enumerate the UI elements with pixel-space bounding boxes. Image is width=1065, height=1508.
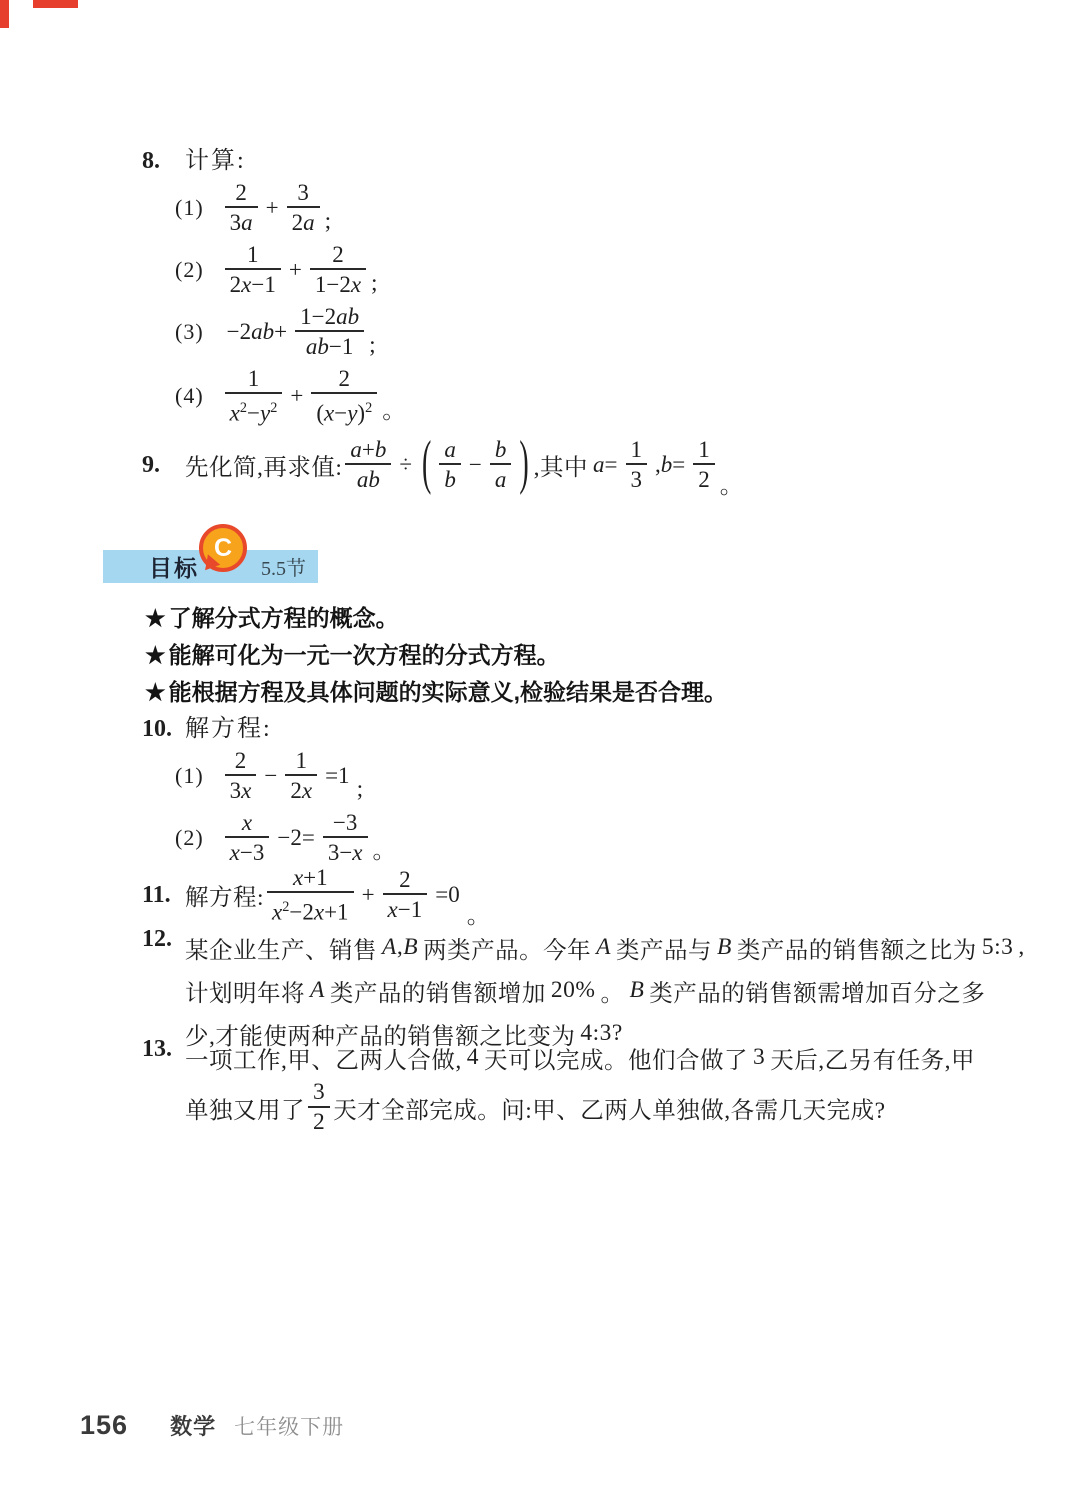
fraction-numerator: x+1 [267,864,354,891]
level-c-letter: C [214,534,232,563]
objective-text: 能根据方程及具体问题的实际意义,检验结果是否合理。 [169,674,727,711]
part-label: (2) [175,257,204,283]
fraction: 1x2−y2 [225,365,283,428]
text-run: ; [357,778,364,802]
fraction-denominator: 2x [285,774,317,805]
objective-text: 了解分式方程的概念。 [169,600,399,637]
problem-title: 解方程: [185,708,272,743]
math-expression: + [289,257,302,283]
fraction-numerator: 1 [225,365,283,392]
problem-11: 11.解方程:x+1x2−2x+1+2x−1=0。 [142,858,491,932]
problem-number: 10. [142,716,185,743]
math-expression: 3 [753,1044,765,1071]
fraction-denominator: 1−2x [310,268,366,299]
star-bullet-icon: ★ [145,600,166,637]
fraction-denominator: x2−2x+1 [267,891,354,927]
math-expression: + [362,882,375,908]
math-expression: 5:3 [982,934,1014,961]
text-run: , [1018,934,1024,961]
math-expression: − [469,452,482,478]
part-label: (2) [175,825,204,851]
text-run: 天可以完成。他们合做了 [484,1041,748,1075]
math-expression: + [266,195,279,221]
level-c-bubble-icon: C [199,524,247,572]
fraction-denominator: 2x−1 [225,268,281,299]
text-line: 一项工作,甲、乙两人合做,4天可以完成。他们合做了3天后,乙另有任务,甲 [185,1036,975,1079]
part-label: (1) [175,195,204,221]
problem-heading: 10.解方程: [142,708,397,743]
text-run: 类产品的销售额增加 [330,974,546,1008]
math-expression: ,b= [655,452,685,478]
formula-line: (2)12x−1+21−2x; [175,241,406,299]
fraction-denominator: 2 [693,463,715,494]
objective-item: ★能根据方程及具体问题的实际意义,检验结果是否合理。 [145,674,727,711]
fraction-denominator: 3 [626,463,648,494]
problem-title: 计算: [185,140,246,175]
text-run: 。 [600,974,624,1008]
objective-item: ★了解分式方程的概念。 [145,600,727,637]
text-run: 。 [467,905,491,929]
fraction: 2(x−y)2 [311,365,377,428]
text-run: ; [371,272,378,296]
text-run: ,其中 [534,448,588,482]
text-run: 两类产品。今年 [423,931,591,965]
page-footer: 156 数学 七年级下册 [80,1410,344,1441]
fraction-numerator: a+b [345,436,391,463]
math-expression: −2= [277,825,314,851]
fraction: 2x−1 [383,866,428,924]
fraction-numerator: 2 [225,747,257,774]
fraction-denominator: 3a [225,206,258,237]
problem-parts: (1)23a+32a;(2)12x−1+21−2x;(3)−2ab+1−2aba… [175,179,406,428]
fraction: 1−2abab−1 [295,303,364,361]
text-run: 天后,乙另有任务,甲 [770,1041,975,1075]
problem-8: 8.计算:(1)23a+32a;(2)12x−1+21−2x;(3)−2ab+1… [142,140,406,428]
math-expression: a= [593,452,617,478]
fraction-denominator: x−1 [383,893,428,924]
fraction: ab [439,436,461,494]
math-expression: 20% [551,977,596,1004]
fraction: 12x−1 [225,241,281,299]
fraction-numerator: 1 [693,436,715,463]
part-label: (4) [175,383,204,409]
fraction-numerator: 2 [383,866,428,893]
math-expression: −2ab+ [227,319,287,345]
fraction-denominator: ab−1 [295,330,364,361]
fraction: 23a [225,179,258,237]
text-run: 计划明年将 [185,974,305,1008]
math-expression: B [717,934,732,961]
text-run: 单独又用了 [185,1091,305,1125]
fraction-numerator: b [490,436,512,463]
fraction-numerator: −3 [323,809,368,836]
text-run: 先化简,再求值: [185,448,342,482]
formula-line: 9.先化简,再求值:a+bab÷(ab−ba),其中a=13,b=12。 [142,428,744,502]
footer-subject: 数学 [170,1410,216,1441]
corner-mark-vertical [0,0,9,28]
objectives-list: ★了解分式方程的概念。★能解可化为一元一次方程的分式方程。★能根据方程及具体问题… [145,600,727,711]
text-run: 。 [720,475,744,499]
math-expression: + [290,383,303,409]
fraction: 23x [225,747,257,805]
fraction: a+bab [345,436,391,494]
problem-13: 13.一项工作,甲、乙两人合做,4天可以完成。他们合做了3天后,乙另有任务,甲单… [142,1036,975,1137]
fraction: 32a [287,179,320,237]
math-expression: B [629,977,644,1004]
fraction-denominator: x2−y2 [225,392,283,428]
fraction-denominator: 2 [308,1106,330,1137]
text-run: 某企业生产、销售 [185,931,377,965]
formula-line: 11.解方程:x+1x2−2x+1+2x−1=0。 [142,858,491,932]
text-line: 计划明年将A类产品的销售额增加20%。B类产品的销售额需增加百分之多 [185,969,1025,1012]
fraction-denominator: 3x [225,774,257,805]
formula-line: (4)1x2−y2+2(x−y)2。 [175,365,406,428]
formula-line: (1)23a+32a; [175,179,406,237]
fraction-numerator: 3 [308,1079,330,1106]
big-paren: ) [519,431,528,500]
fraction: ba [490,436,512,494]
part-label: (1) [175,763,204,789]
text-run: ; [369,334,376,358]
math-expression: A [596,934,611,961]
fraction-numerator: 1 [285,747,317,774]
fraction-numerator: 1−2ab [295,303,364,330]
fraction-numerator: 2 [311,365,377,392]
fraction-numerator: 1 [225,241,281,268]
text-run: 类产品的销售额之比为 [737,931,977,965]
math-expression: =0 [435,882,459,908]
goal-badge-label: 目标 [149,550,199,583]
problem-number: 13. [142,1036,185,1063]
star-bullet-icon: ★ [145,674,166,711]
fraction-numerator: 2 [225,179,258,206]
problem-lines: 一项工作,甲、乙两人合做,4天可以完成。他们合做了3天后,乙另有任务,甲单独又用… [185,1036,975,1137]
fraction-denominator: ab [345,463,391,494]
text-run: ; [325,210,332,234]
problem-heading: 8.计算: [142,140,406,175]
fraction: 13 [626,436,648,494]
problem-number: 11. [142,882,185,909]
problem-number: 9. [142,452,185,479]
fraction-denominator: 2a [287,206,320,237]
text-run: 天才全部完成。问:甲、乙两人单独做,各需几天完成? [333,1091,885,1125]
math-expression: ÷ [399,452,412,478]
objective-item: ★能解可化为一元一次方程的分式方程。 [145,637,727,674]
math-expression: A [310,977,325,1004]
big-paren: ( [422,431,431,500]
corner-mark-horizontal [33,0,78,8]
problem-parts: (1)23x−12x=1;(2)xx−3−2=−33−x。 [175,747,397,867]
formula-line: (1)23x−12x=1; [175,747,397,805]
problem-number: 12. [142,926,185,953]
math-expression: 4 [467,1044,479,1071]
fraction-numerator: 3 [287,179,320,206]
text-run: 类产品的销售额需增加百分之多 [649,974,985,1008]
part-label: (3) [175,319,204,345]
fraction: 21−2x [310,241,366,299]
problem-10: 10.解方程:(1)23x−12x=1;(2)xx−3−2=−33−x。 [142,708,397,867]
fraction: 12 [693,436,715,494]
fraction-numerator: 2 [310,241,366,268]
fraction-numerator: a [439,436,461,463]
text-line: 单独又用了32天才全部完成。问:甲、乙两人单独做,各需几天完成? [185,1079,975,1137]
formula-line: (3)−2ab+1−2abab−1; [175,303,406,361]
math-expression: =1 [325,763,349,789]
text-run: 解方程: [185,878,264,912]
fraction-denominator: a [490,463,512,494]
fraction-numerator: x [225,809,270,836]
text-run: 。 [382,400,406,424]
math-expression: − [264,763,277,789]
page-number: 156 [80,1410,128,1441]
objective-text: 能解可化为一元一次方程的分式方程。 [169,637,560,674]
fraction-denominator: (x−y)2 [311,392,377,428]
problem-9: 9.先化简,再求值:a+bab÷(ab−ba),其中a=13,b=12。 [142,428,744,502]
fraction-numerator: 1 [626,436,648,463]
text-run: 类产品与 [616,931,712,965]
problem-body: 13.一项工作,甲、乙两人合做,4天可以完成。他们合做了3天后,乙另有任务,甲单… [142,1036,975,1137]
fraction: 12x [285,747,317,805]
goal-badge-section: 5.5节 [261,552,306,581]
problem-number: 8. [142,148,185,175]
text-line: 某企业生产、销售A,B两类产品。今年A类产品与B类产品的销售额之比为5:3, [185,926,1025,969]
fraction: 32 [308,1079,330,1137]
fraction-denominator: b [439,463,461,494]
fraction: x+1x2−2x+1 [267,864,354,927]
star-bullet-icon: ★ [145,637,166,674]
math-expression: A,B [382,934,418,961]
footer-volume: 七年级下册 [234,1411,344,1441]
text-run: 一项工作,甲、乙两人合做, [185,1041,462,1075]
